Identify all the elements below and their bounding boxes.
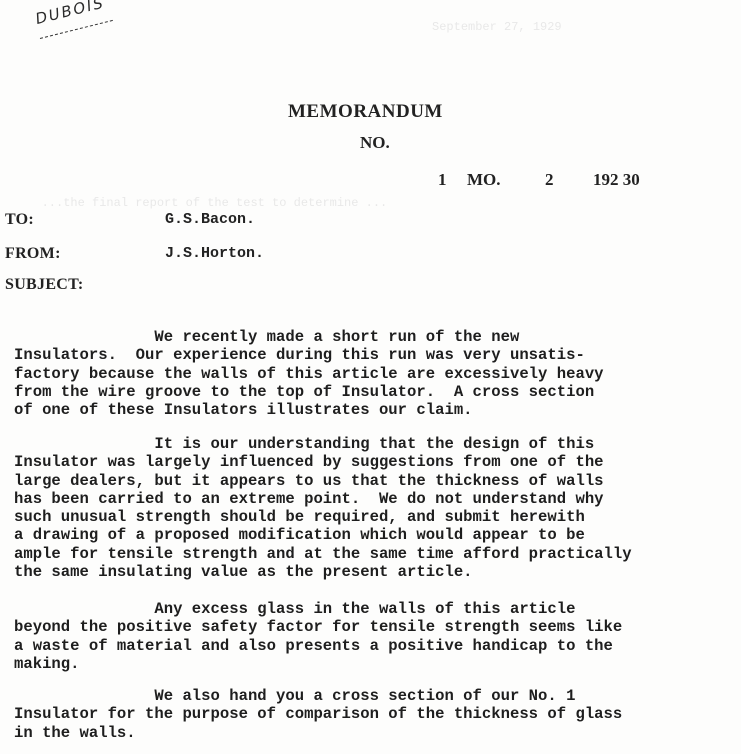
- from-label: FROM:: [5, 245, 61, 263]
- memo-number-label: NO.: [360, 133, 390, 153]
- date-year: 192 30: [593, 170, 640, 190]
- subject-label: SUBJECT:: [5, 276, 84, 294]
- memo-page: September 27, 1929 ...the final report o…: [0, 0, 741, 754]
- to-label: TO:: [5, 211, 34, 229]
- date-month: 2: [545, 170, 554, 190]
- memo-title: MEMORANDUM: [288, 101, 443, 123]
- from-value: J.S.Horton.: [165, 245, 264, 262]
- date-day: 1: [438, 170, 447, 190]
- paragraph: We recently made a short run of the new …: [14, 328, 741, 419]
- bleed-through-text: September 27, 1929: [360, 20, 562, 34]
- paragraph: We also hand you a cross section of our …: [14, 687, 741, 742]
- paragraph: Any excess glass in the walls of this ar…: [14, 600, 741, 673]
- date-month-label: MO.: [467, 170, 501, 190]
- bleed-through-text: ...the final report of the test to deter…: [20, 196, 387, 210]
- to-value: G.S.Bacon.: [165, 211, 255, 228]
- paragraph: It is our understanding that the design …: [14, 435, 741, 581]
